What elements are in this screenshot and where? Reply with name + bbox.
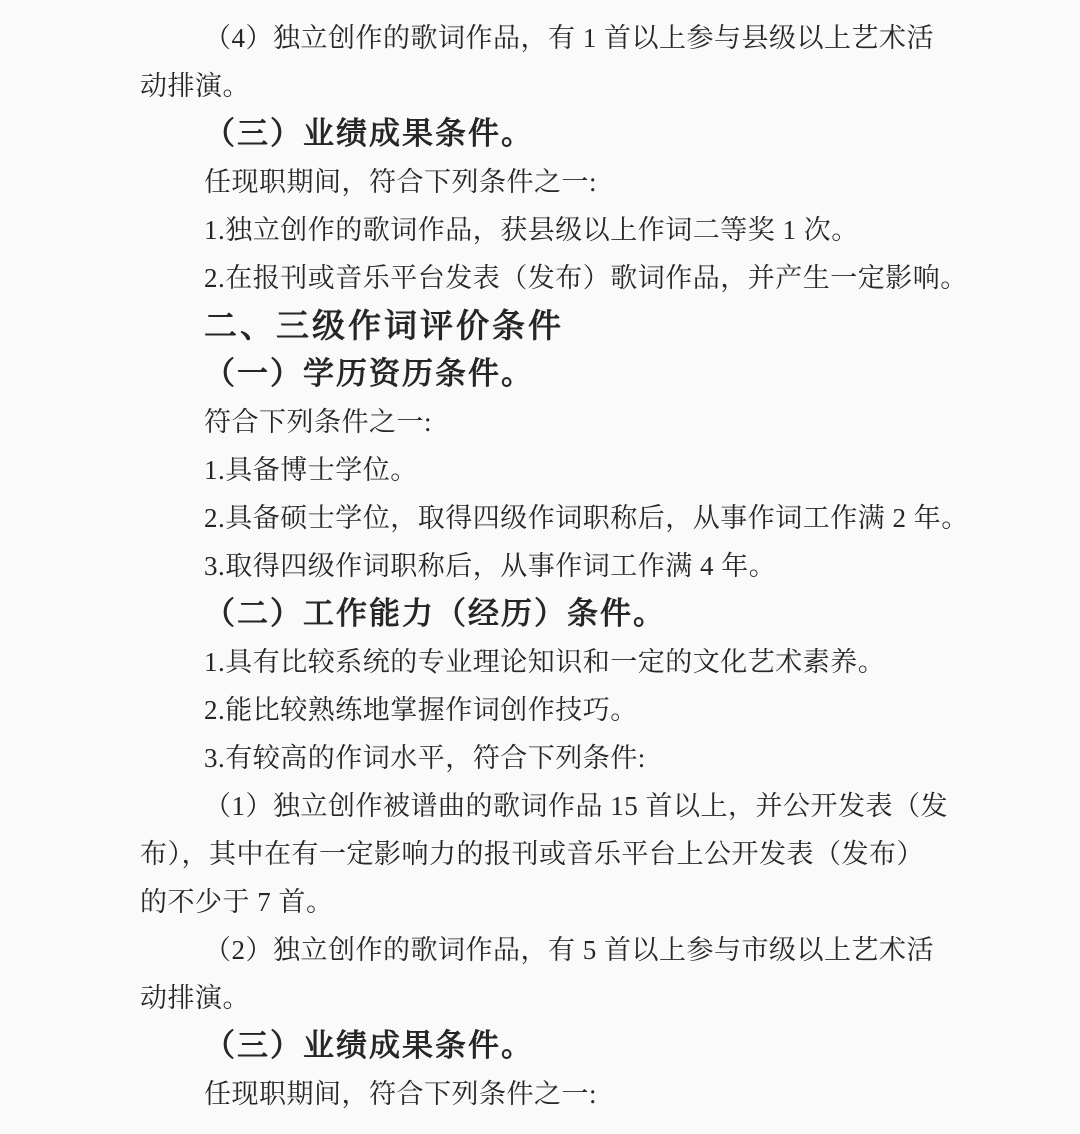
text-line: 2.在报刊或音乐平台发表（发布）歌词作品，并产生一定影响。 [140,254,952,302]
text-line: 符合下列条件之一: [140,398,952,446]
text-line: 3.取得四级作词职称后，从事作词工作满 4 年。 [140,542,952,590]
section-heading: （三）业绩成果条件。 [140,110,952,158]
text-line: （4）独立创作的歌词作品，有 1 首以上参与县级以上艺术活 [140,14,952,62]
chapter-heading: 二、三级作词评价条件 [140,302,952,350]
text-line: 布），其中在有一定影响力的报刊或音乐平台上公开发表（发布） [140,830,952,878]
section-heading: （二）工作能力（经历）条件。 [140,590,952,638]
document-page: （4）独立创作的歌词作品，有 1 首以上参与县级以上艺术活 动排演。 （三）业绩… [0,0,1080,1134]
text-line: 2.能比较熟练地掌握作词创作技巧。 [140,686,952,734]
text-line: 任现职期间，符合下列条件之一: [140,158,952,206]
text-line: （2）独立创作的歌词作品，有 5 首以上参与市级以上艺术活 [140,926,952,974]
text-line: 1.具备博士学位。 [140,446,952,494]
text-line: 2.具备硕士学位，取得四级作词职称后，从事作词工作满 2 年。 [140,494,952,542]
text-line: 的不少于 7 首。 [140,878,952,926]
text-line: 任现职期间，符合下列条件之一: [140,1070,952,1118]
text-line: 动排演。 [140,974,952,1022]
text-line: 动排演。 [140,62,952,110]
section-heading: （三）业绩成果条件。 [140,1022,952,1070]
section-heading: （一）学历资历条件。 [140,350,952,398]
text-line: 1.具有比较系统的专业理论知识和一定的文化艺术素养。 [140,638,952,686]
text-line: （1）独立创作被谱曲的歌词作品 15 首以上，并公开发表（发 [140,782,952,830]
text-line: 1.独立创作的歌词作品，获县级以上作词二等奖 1 次。 [140,206,952,254]
text-line: 3.有较高的作词水平，符合下列条件: [140,734,952,782]
